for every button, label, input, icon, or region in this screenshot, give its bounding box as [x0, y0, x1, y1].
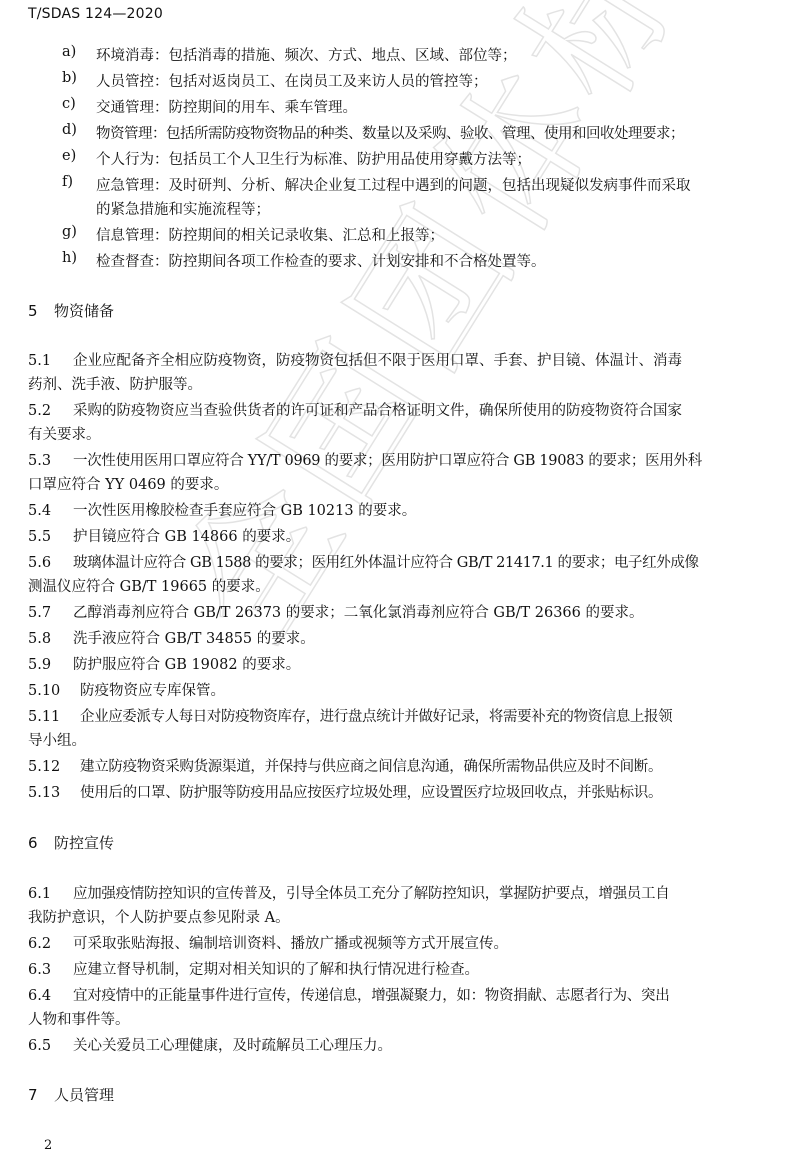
section-number: 5 — [28, 302, 54, 320]
clause-5-6: 5.6玻璃体温计应符合 GB 1588 的要求；医用红外体温计应符合 GB/T … — [28, 551, 699, 572]
clause-5-11-cont: 导小组。 — [28, 729, 86, 750]
clause-5-2-cont: 有关要求。 — [28, 423, 101, 444]
page-number: 2 — [44, 1138, 52, 1152]
clause-5-6-cont: 测温仪应符合 GB/T 19665 的要求。 — [28, 575, 270, 596]
clause-5-10: 5.10防疫物资应专库保管。 — [28, 679, 225, 700]
clause-6-4-cont: 人物和事件等。 — [28, 1008, 130, 1029]
list-item-label: a) — [62, 44, 76, 60]
clause-5-9: 5.9防护服应符合 GB 19082 的要求。 — [28, 653, 300, 674]
clause-5-2: 5.2采购的防疫物资应当查验供货者的许可证和产品合格证明文件，确保所使用的防疫物… — [28, 399, 682, 420]
clause-6-5: 6.5关心关爱员工心理健康，及时疏解员工心理压力。 — [28, 1034, 392, 1055]
section-title: 人员管理 — [54, 1086, 114, 1104]
list-item-label: c) — [62, 96, 76, 112]
list-item-text: 检查督查：防控期间各项工作检查的要求、计划安排和不合格处置等。 — [96, 250, 546, 271]
document-page: 全国团体标准信息平台 T/SDAS 124—2020 a) 环境消毒：包括消毒的… — [0, 0, 800, 1152]
list-item-text: 个人行为：包括员工个人卫生行为标准、防护用品使用穿戴方法等； — [96, 148, 531, 169]
list-item-text: 交通管理：防控期间的用车、乘车管理。 — [96, 96, 357, 117]
clause-6-1-cont: 我防护意识，个人防护要点参见附录 A。 — [28, 906, 290, 927]
list-item-text: 物资管理：包括所需防疫物资物品的种类、数量以及采购、验收、管理、使用和回收处理要… — [96, 122, 684, 143]
clause-5-7: 5.7乙醇消毒剂应符合 GB/T 26373 的要求；二氧化氯消毒剂应符合 GB… — [28, 601, 644, 622]
clause-6-3: 6.3应建立督导机制，定期对相关知识的了解和执行情况进行检查。 — [28, 958, 479, 979]
section-heading-6: 6防控宣传 — [28, 832, 114, 853]
clause-5-4: 5.4一次性医用橡胶检查手套应符合 GB 10213 的要求。 — [28, 499, 416, 520]
section-heading-5: 5物资储备 — [28, 300, 114, 321]
section-number: 6 — [28, 834, 54, 852]
list-item-text: 信息管理：防控期间的相关记录收集、汇总和上报等； — [96, 224, 444, 245]
list-item-label: f) — [62, 174, 73, 190]
list-item-label: h) — [62, 250, 77, 266]
section-title: 防控宣传 — [54, 834, 114, 852]
clause-5-1: 5.1企业应配备齐全相应防疫物资，防疫物资包括但不限于医用口罩、手套、护目镜、体… — [28, 349, 682, 370]
list-item-label: g) — [62, 224, 77, 240]
clause-5-12: 5.12建立防疫物资采购货源渠道，并保持与供应商之间信息沟通，确保所需物品供应及… — [28, 755, 662, 776]
clause-5-11: 5.11企业应委派专人每日对防疫物资库存，进行盘点统计并做好记录，将需要补充的物… — [28, 705, 672, 726]
clause-6-1: 6.1应加强疫情防控知识的宣传普及，引导全体员工充分了解防控知识，掌握防护要点，… — [28, 882, 669, 903]
list-item-text: 环境消毒：包括消毒的措施、频次、方式、地点、区域、部位等； — [96, 44, 517, 65]
document-code-header: T/SDAS 124—2020 — [28, 6, 163, 22]
clause-5-5: 5.5护目镜应符合 GB 14866 的要求。 — [28, 525, 300, 546]
clause-6-4: 6.4宜对疫情中的正能量事件进行宣传，传递信息，增强凝聚力，如：物资捐献、志愿者… — [28, 984, 669, 1005]
list-item-label: d) — [62, 122, 77, 138]
list-item-text-cont: 的紧急措施和实施流程等； — [96, 198, 270, 219]
list-item-label: e) — [62, 148, 76, 164]
clause-5-13: 5.13使用后的口罩、防护服等防疫用品应按医疗垃圾处理，应设置医疗垃圾回收点，并… — [28, 781, 662, 802]
clause-6-2: 6.2可采取张贴海报、编制培训资料、播放广播或视频等方式开展宣传。 — [28, 932, 508, 953]
clause-5-3: 5.3一次性使用医用口罩应符合 YY/T 0969 的要求；医用防护口罩应符合 … — [28, 449, 702, 470]
clause-5-8: 5.8洗手液应符合 GB/T 34855 的要求。 — [28, 627, 315, 648]
list-item-text: 人员管控：包括对返岗员工、在岗员工及来访人员的管控等； — [96, 70, 488, 91]
section-heading-7: 7人员管理 — [28, 1084, 114, 1105]
list-item-label: b) — [62, 70, 77, 86]
clause-5-3-cont: 口罩应符合 YY 0469 的要求。 — [28, 473, 228, 494]
section-title: 物资储备 — [54, 302, 114, 320]
clause-5-1-cont: 药剂、洗手液、防护服等。 — [28, 373, 202, 394]
list-item-text: 应急管理：及时研判、分析、解决企业复工过程中遇到的问题，包括出现疑似发病事件而采… — [96, 174, 691, 195]
section-number: 7 — [28, 1086, 54, 1104]
